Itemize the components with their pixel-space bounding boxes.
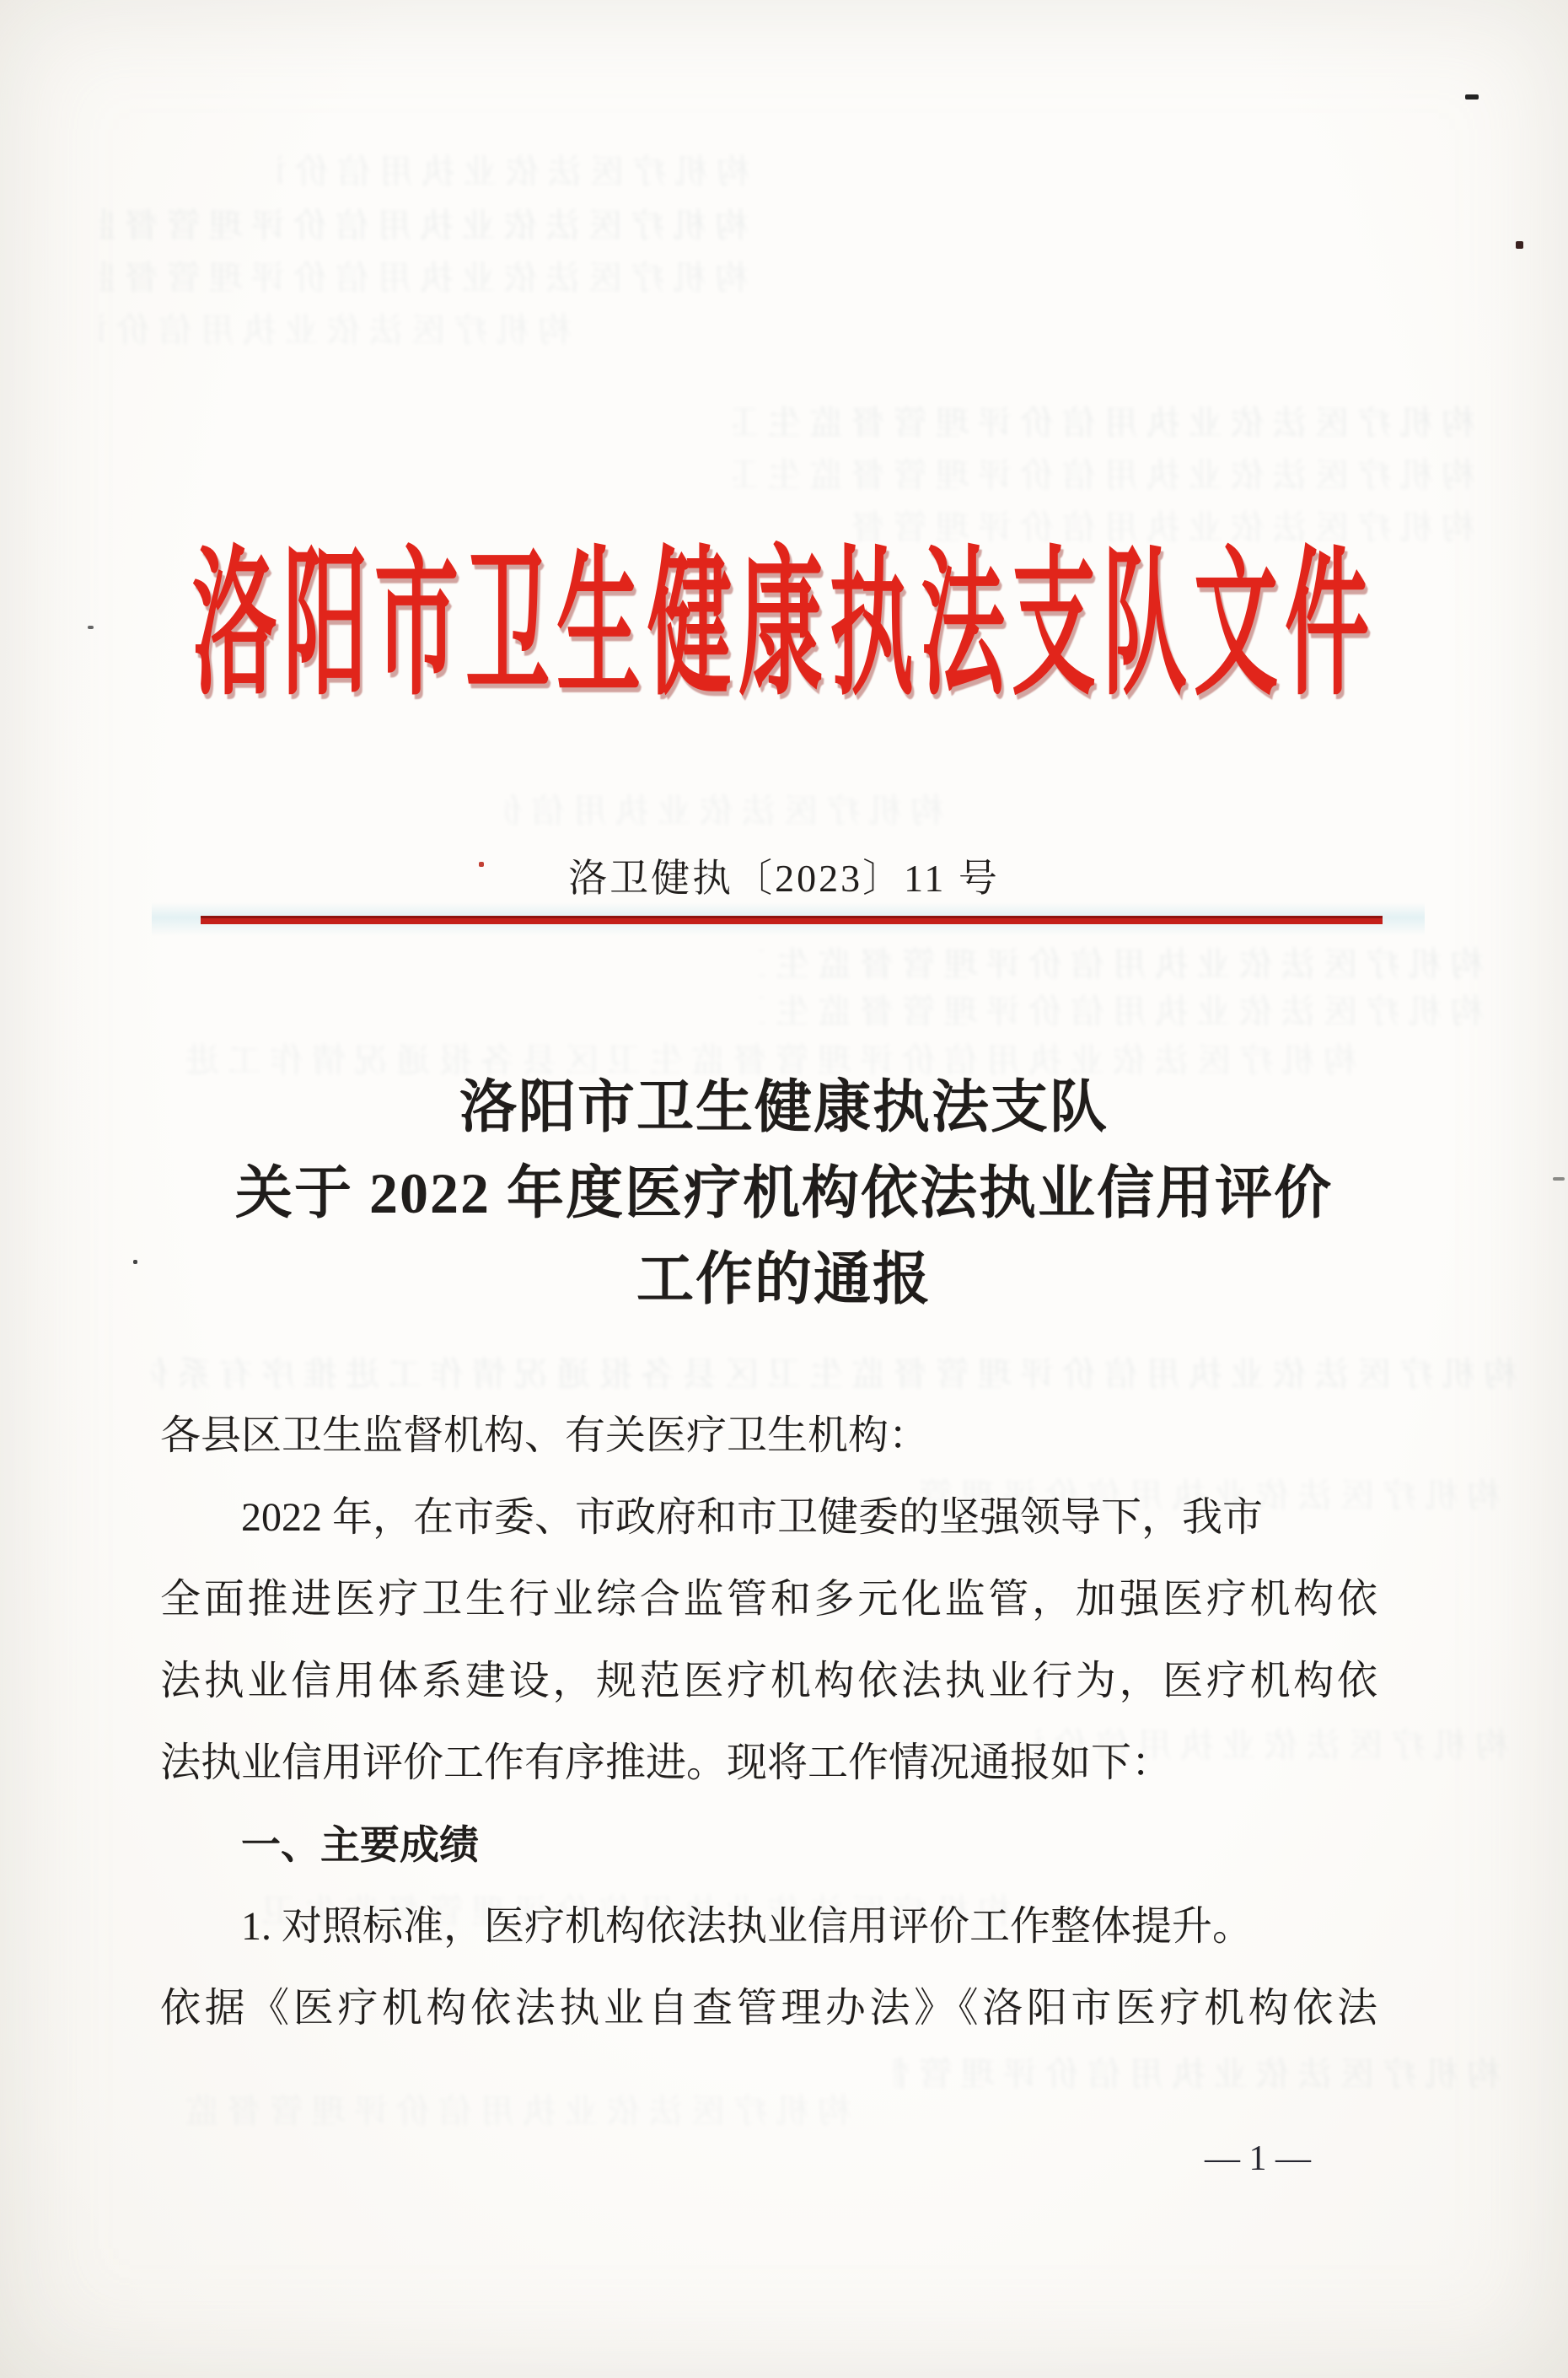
bleedthrough-ghost-text: 构机疗医法依业执用信价评理管督监生卫区县各报通况情作工进推序有系体设建范规为行查…	[99, 251, 749, 293]
red-separator-rule	[201, 916, 1383, 924]
bleedthrough-ghost-text: 构机疗医法依业执用信价评理管督监生卫区县各报通况情作工进推序有系体设建范规为行查…	[733, 449, 1475, 491]
bleedthrough-ghost-text: 构机疗医法依业执用信价评理管督监生卫区县各报通况情作工进推序有系体设建范规为行查…	[177, 2085, 851, 2127]
document-title-line: 关于 2022 年度医疗机构依法执业信用评价	[0, 1150, 1568, 1236]
bleedthrough-ghost-text: 构机疗医法依业执用信价评理管督监生卫区县各报通况情作工进推序有系体设建范规为行查…	[733, 396, 1475, 438]
document-body: 各县区卫生监督机构、有关医疗卫生机构： 2022 年，在市委、市政府和市卫健委的…	[160, 1395, 1377, 2049]
bleedthrough-ghost-text: 构机疗医法依业执用信价评理管督监生卫区县各报通况情作工进推序有系体设建范规为行查…	[99, 199, 749, 241]
body-line: 全面推进医疗卫生行业综合监管和多元化监管，加强医疗机构依	[160, 1558, 1377, 1640]
letterhead-title: 洛阳市卫生健康执法支队文件	[0, 546, 1568, 707]
document-title-line: 工作的通报	[0, 1236, 1568, 1322]
bleedthrough-ghost-text: 构机疗医法依业执用信价评理管督监生卫区县各报通况情作工进推序有系体设建范规为行查…	[894, 2047, 1501, 2090]
bleedthrough-ghost-text: 构机疗医法依业执用信价评理管督监生卫区县各报通况情作工进推序有系体设建范规为行查…	[506, 784, 944, 826]
body-line: 2022 年，在市委、市政府和市卫健委的坚强领导下，我市	[160, 1477, 1377, 1558]
body-line: 依据《医疗机构依法执业自查管理办法》《洛阳市医疗机构依法	[160, 1967, 1377, 2049]
scanned-document-page: 构机疗医法依业执用信价评理管督监生卫区县各报通况情作工进推序有系体设建范规为行查…	[0, 0, 1568, 2378]
bleedthrough-ghost-text: 构机疗医法依业执用信价评理管督监生卫区县各报通况情作工进推序有系体设建范规为行查…	[278, 145, 750, 187]
bleedthrough-ghost-text: 构机疗医法依业执用信价评理管督监生卫区县各报通况情作工进推序有系体设建范规为行查…	[152, 1348, 1517, 1390]
page-number: — 1 —	[1182, 2137, 1334, 2181]
salutation: 各县区卫生监督机构、有关医疗卫生机构：	[160, 1395, 1377, 1477]
bleedthrough-ghost-text: 构机疗医法依业执用信价评理管督监生卫区县各报通况情作工进推序有系体设建范规为行查…	[759, 985, 1484, 1027]
bleedthrough-ghost-text: 构机疗医法依业执用信价评理管督监生卫区县各报通况情作工进推序有系体设建范规为行查…	[99, 304, 572, 346]
document-number: 洛卫健执〔2023〕11 号	[0, 853, 1568, 904]
section-heading: 一、主要成绩	[160, 1804, 1377, 1886]
scan-speck	[1465, 94, 1479, 100]
bleedthrough-ghost-text: 构机疗医法依业执用信价评理管督监生卫区县各报通况情作工进推序有系体设建范规为行查…	[759, 938, 1484, 980]
body-line: 1. 对照标准，医疗机构依法执业信用评价工作整体提升。	[160, 1886, 1377, 1967]
scan-speck	[1516, 241, 1523, 249]
document-title-line: 洛阳市卫生健康执法支队	[0, 1064, 1568, 1150]
body-line: 法执业信用体系建设，规范医疗机构依法执业行为，医疗机构依	[160, 1640, 1377, 1722]
body-line: 法执业信用评价工作有序推进。现将工作情况通报如下：	[160, 1722, 1377, 1804]
document-title: 洛阳市卫生健康执法支队 关于 2022 年度医疗机构依法执业信用评价 工作的通报	[0, 1064, 1568, 1322]
